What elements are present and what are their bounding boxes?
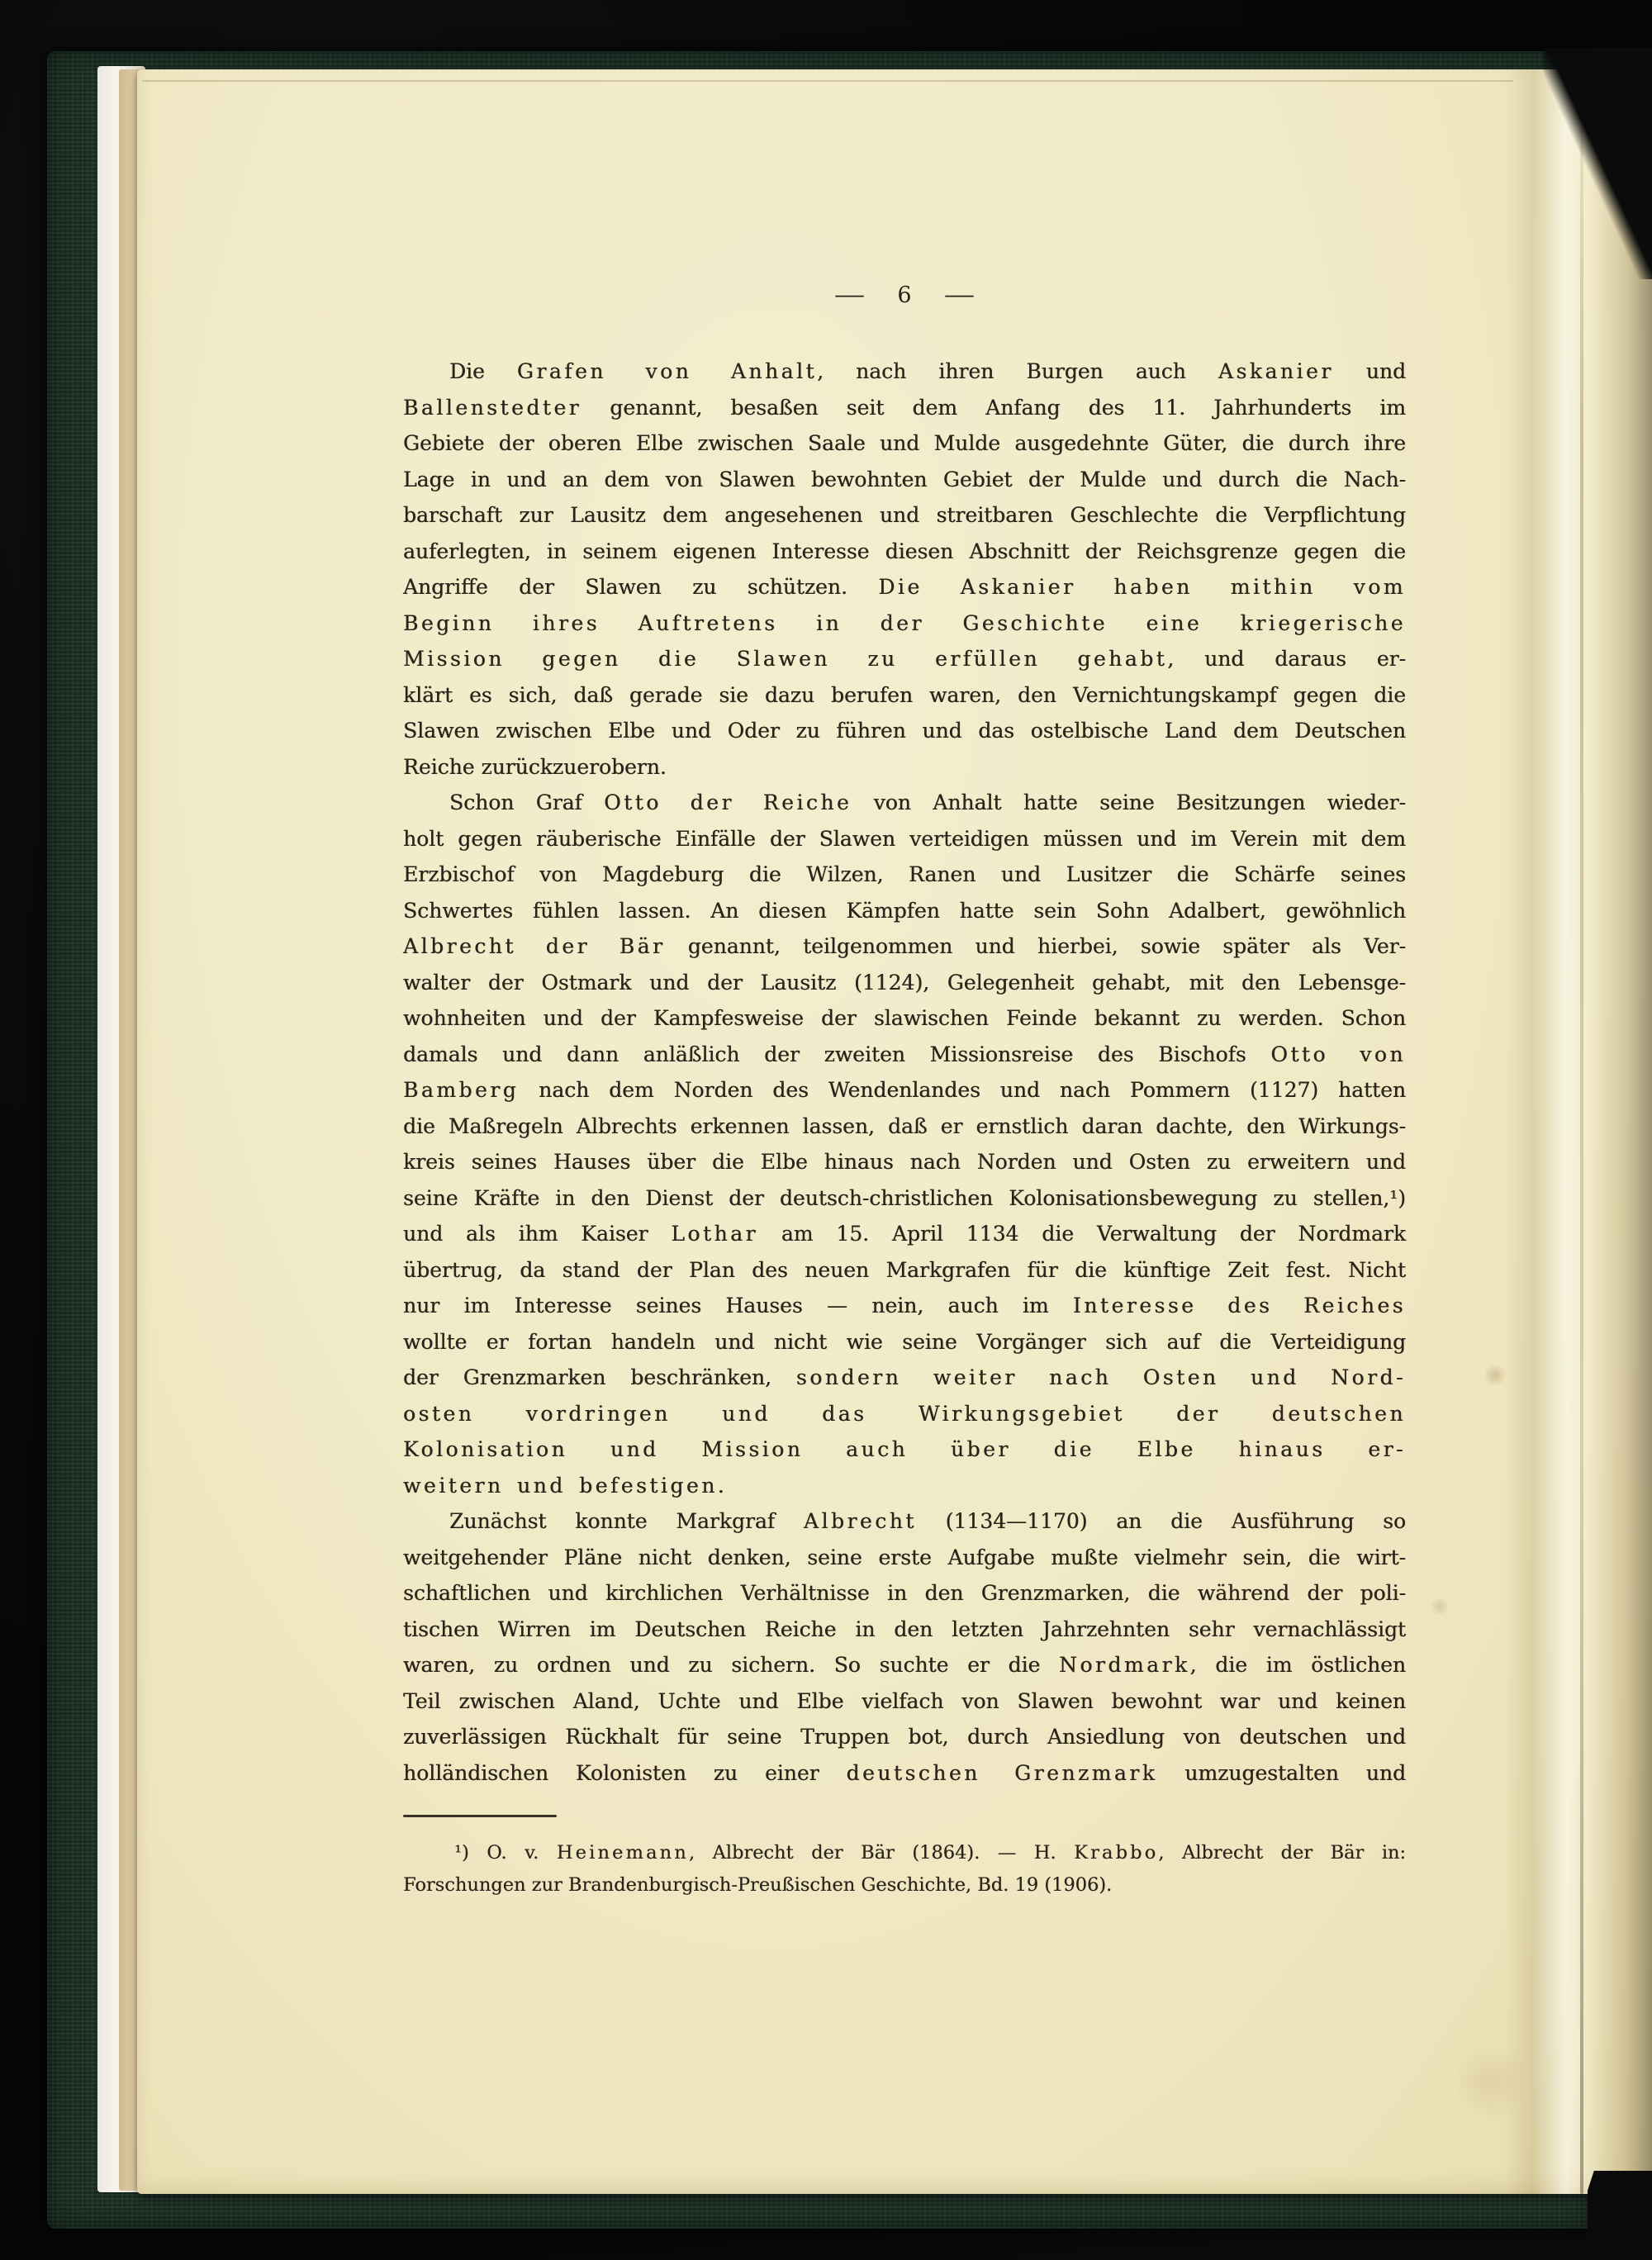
text-segment: walter der Ostmark und der Lausitz (1124…: [403, 971, 1406, 995]
text-segment: auferlegten, in seinem eigenen Interesse…: [403, 539, 1406, 563]
page-number: — 6 —: [403, 276, 1406, 314]
letterspaced-text: Bamberg: [403, 1078, 519, 1102]
text-line: Bamberg nach dem Norden des Wendenlandes…: [403, 1072, 1406, 1109]
letterspaced-text: Otto von: [1270, 1042, 1406, 1066]
text-line: ¹) O. v. Heinemann, Albrecht der Bär (18…: [403, 1837, 1406, 1869]
text-segment: , und daraus er-: [1167, 647, 1406, 671]
text-line: die Maßregeln Albrechts erkennen lassen,…: [403, 1109, 1406, 1145]
book-photo: { "colors":{ "background":"#060606", "co…: [0, 0, 1652, 2260]
text-segment: am 15. April 1134 die Verwaltung der Nor…: [758, 1222, 1406, 1246]
text-segment: genannt, besaßen seit dem Anfang des 11.…: [582, 396, 1406, 420]
text-line: barschaft zur Lausitz dem angesehenen un…: [403, 497, 1406, 534]
letterspaced-text: weitern und befestigen.: [403, 1474, 727, 1498]
under-page-edge: [142, 80, 1513, 82]
text-line: Gebiete der oberen Elbe zwischen Saale u…: [403, 425, 1406, 462]
text-line: weitgehender Pläne nicht denken, seine e…: [403, 1540, 1406, 1576]
text-segment: und als ihm Kaiser: [403, 1222, 671, 1246]
text-segment: tischen Wirren im Deutschen Reiche in de…: [403, 1617, 1406, 1641]
text-segment: schaftlichen und kirchlichen Verhältniss…: [403, 1581, 1406, 1605]
letterspaced-text: sondern weiter nach Osten und Nord-: [796, 1365, 1406, 1389]
text-line: klärt es sich, daß gerade sie dazu beruf…: [403, 677, 1406, 714]
letterspaced-text: Mission gegen die Slawen zu erfüllen geh…: [403, 647, 1167, 671]
text-segment: ¹) O. v.: [454, 1842, 557, 1864]
letterspaced-text: Ballenstedter: [403, 396, 582, 420]
text-line: und als ihm Kaiser Lothar am 15. April 1…: [403, 1216, 1406, 1252]
text-segment: Angriffe der Slawen zu schützen.: [403, 575, 878, 599]
text-line: Slawen zwischen Elbe und Oder zu führen …: [403, 713, 1406, 749]
text-segment: genannt, teilgenommen und hierbei, sowie…: [666, 934, 1406, 958]
text-line: holländischen Kolonisten zu einer deutsc…: [403, 1755, 1406, 1792]
text-segment: wohnheiten und der Kampfesweise der slaw…: [403, 1006, 1406, 1030]
text-line: der Grenzmarken beschränken, sondern wei…: [403, 1360, 1406, 1396]
text-segment: Zunächst konnte Markgraf: [449, 1509, 804, 1533]
text-line: Beginn ihres Auftretens in der Geschicht…: [403, 605, 1406, 642]
text-line: osten vordringen und das Wirkungsgebiet …: [403, 1396, 1406, 1432]
text-line: wohnheiten und der Kampfesweise der slaw…: [403, 1000, 1406, 1037]
text-line: Erzbischof von Magdeburg die Wilzen, Ran…: [403, 857, 1406, 893]
text-line: tischen Wirren im Deutschen Reiche in de…: [403, 1612, 1406, 1648]
text-segment: holländischen Kolonisten zu einer: [403, 1761, 847, 1785]
letterspaced-text: Krabbo: [1074, 1842, 1158, 1864]
text-segment: zuverlässigen Rückhalt für seine Truppen…: [403, 1725, 1406, 1749]
text-line: Ballenstedter genannt, besaßen seit dem …: [403, 390, 1406, 426]
text-line: holt gegen räuberische Einfälle der Slaw…: [403, 821, 1406, 857]
text-segment: die Maßregeln Albrechts erkennen lassen,…: [403, 1114, 1406, 1138]
text-line: waren, zu ordnen und zu sichern. So such…: [403, 1647, 1406, 1683]
text-line: walter der Ostmark und der Lausitz (1124…: [403, 965, 1406, 1001]
text-segment: umzugestalten und: [1157, 1761, 1406, 1785]
text-line: Schon Graf Otto der Reiche von Anhalt ha…: [403, 785, 1406, 821]
text-segment: , die im östlichen: [1190, 1653, 1406, 1677]
footnote-rule: [403, 1815, 557, 1817]
text-segment: waren, zu ordnen und zu sichern. So such…: [403, 1653, 1059, 1677]
text-line: auferlegten, in seinem eigenen Interesse…: [403, 534, 1406, 570]
text-segment: , nach ihren Burgen auch: [817, 359, 1218, 383]
text-segment: , Albrecht der Bär (1864). — H.: [689, 1842, 1074, 1864]
text-line: seine Kräfte in den Dienst der deutsch-c…: [403, 1180, 1406, 1217]
letterspaced-text: osten vordringen und das Wirkungsgebiet …: [403, 1402, 1406, 1426]
text-line: Angriffe der Slawen zu schützen. Die Ask…: [403, 569, 1406, 605]
text-segment: seine Kräfte in den Dienst der deutsch-c…: [403, 1186, 1406, 1210]
letterspaced-text: Interesse des Reiches: [1073, 1294, 1406, 1318]
text-line: Reiche zurückzuerobern.: [403, 749, 1406, 786]
folio-number: 6: [897, 282, 911, 308]
letterspaced-text: Grafen von Anhalt: [517, 359, 817, 383]
text-line: übertrug, da stand der Plan des neuen Ma…: [403, 1252, 1406, 1289]
text-line: schaftlichen und kirchlichen Verhältniss…: [403, 1575, 1406, 1612]
letterspaced-text: Kolonisation und Mission auch über die E…: [403, 1437, 1406, 1461]
text-line: Mission gegen die Slawen zu erfüllen geh…: [403, 641, 1406, 677]
folio-dash-right: —: [943, 282, 975, 308]
text-line: Schwertes fühlen lassen. An diesen Kämpf…: [403, 893, 1406, 929]
text-segment: der Grenzmarken beschränken,: [403, 1365, 796, 1389]
letterspaced-text: Otto der Reiche: [604, 791, 852, 814]
letterspaced-text: Heinemann: [557, 1842, 689, 1864]
text-segment: von Anhalt hatte seine Besitzungen wiede…: [852, 791, 1406, 814]
text-line: Albrecht der Bär genannt, teilgenommen u…: [403, 928, 1406, 965]
text-segment: damals und dann anläßlich der zweiten Mi…: [403, 1042, 1270, 1066]
text-line: wollte er fortan handeln und nicht wie s…: [403, 1324, 1406, 1360]
text-segment: wollte er fortan handeln und nicht wie s…: [403, 1330, 1406, 1354]
footnote: ¹) O. v. Heinemann, Albrecht der Bär (18…: [403, 1837, 1406, 1902]
letterspaced-text: Beginn ihres Auftretens in der Geschicht…: [403, 611, 1406, 635]
text-segment: (1134—1170) an die Ausführung so: [917, 1509, 1406, 1533]
letterspaced-text: Die Askanier haben mithin vom: [878, 575, 1406, 599]
text-segment: Die: [449, 359, 517, 383]
text-segment: übertrug, da stand der Plan des neuen Ma…: [403, 1258, 1406, 1282]
text-line: Die Grafen von Anhalt, nach ihren Burgen…: [403, 354, 1406, 390]
text-line: weitern und befestigen.: [403, 1468, 1406, 1504]
text-segment: Reiche zurückzuerobern.: [403, 755, 667, 779]
text-segment: und: [1334, 359, 1406, 383]
folio-dash-left: —: [834, 282, 866, 308]
text-segment: Forschungen zur Brandenburgisch-Preußisc…: [403, 1874, 1112, 1896]
letterspaced-text: Lothar: [671, 1222, 758, 1246]
text-segment: kreis seines Hauses über die Elbe hinaus…: [403, 1150, 1406, 1174]
text-line: damals und dann anläßlich der zweiten Mi…: [403, 1037, 1406, 1073]
letterspaced-text: Nordmark: [1059, 1653, 1190, 1677]
text-segment: Schon Graf: [449, 791, 604, 814]
text-segment: Slawen zwischen Elbe und Oder zu führen …: [403, 719, 1406, 743]
text-segment: nur im Interesse seines Hauses — nein, a…: [403, 1294, 1073, 1318]
letterspaced-text: deutschen Grenzmark: [847, 1761, 1158, 1785]
text-segment: Schwertes fühlen lassen. An diesen Kämpf…: [403, 899, 1406, 923]
text-segment: Lage in und an dem von Slawen bewohnten …: [403, 468, 1406, 491]
text-segment: weitgehender Pläne nicht denken, seine e…: [403, 1545, 1406, 1569]
text-line: Forschungen zur Brandenburgisch-Preußisc…: [403, 1869, 1406, 1902]
letterspaced-text: Askanier: [1218, 359, 1334, 383]
text-segment: Erzbischof von Magdeburg die Wilzen, Ran…: [403, 862, 1406, 886]
text-segment: nach dem Norden des Wendenlandes und nac…: [519, 1078, 1406, 1102]
text-line: nur im Interesse seines Hauses — nein, a…: [403, 1288, 1406, 1324]
text-segment: barschaft zur Lausitz dem angesehenen un…: [403, 503, 1406, 527]
text-line: Zunächst konnte Markgraf Albrecht (1134—…: [403, 1503, 1406, 1540]
text-line: kreis seines Hauses über die Elbe hinaus…: [403, 1144, 1406, 1180]
text-segment: , Albrecht der Bär in:: [1158, 1842, 1406, 1864]
text-segment: holt gegen räuberische Einfälle der Slaw…: [403, 827, 1406, 851]
text-segment: Gebiete der oberen Elbe zwischen Saale u…: [403, 431, 1406, 455]
body-text: Die Grafen von Anhalt, nach ihren Burgen…: [403, 354, 1406, 1791]
letterspaced-text: Albrecht der Bär: [403, 934, 666, 958]
text-line: zuverlässigen Rückhalt für seine Truppen…: [403, 1719, 1406, 1755]
text-line: Teil zwischen Aland, Uchte und Elbe viel…: [403, 1683, 1406, 1720]
text-segment: klärt es sich, daß gerade sie dazu beruf…: [403, 683, 1406, 707]
text-segment: Teil zwischen Aland, Uchte und Elbe viel…: [403, 1689, 1406, 1713]
text-line: Kolonisation und Mission auch über die E…: [403, 1431, 1406, 1468]
text-line: Lage in und an dem von Slawen bewohnten …: [403, 462, 1406, 498]
letterspaced-text: Albrecht: [804, 1509, 917, 1533]
